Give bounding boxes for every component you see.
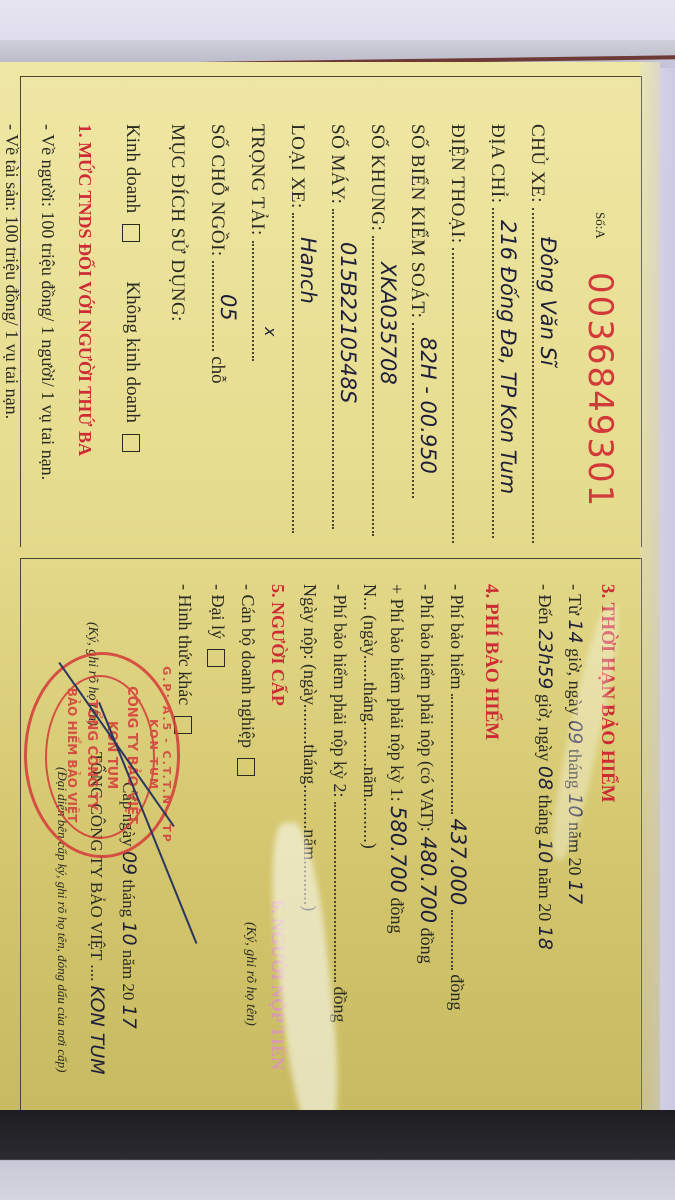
to-row: - Đến 23h59 giờ, ngày 08 tháng 10 năm 20… — [534, 584, 556, 950]
installment1-date: N... (ngày......tháng..........năm......… — [359, 584, 380, 849]
engine-label: SỐ MÁY: — [327, 124, 348, 204]
premium-row: - Phí bảo hiểm 437.000 đồng — [446, 584, 470, 1010]
company-location: KON TUM — [86, 986, 108, 1075]
payable-row: - Phí bảo hiểm phải nộp (có VAT): 480.70… — [416, 584, 440, 964]
issued-month: 10 — [118, 921, 140, 945]
issuer-agent-row: - Đại lý — [207, 584, 228, 667]
section6-note: (Ký, ghi rõ họ tên) — [242, 922, 258, 1026]
load-dots — [252, 241, 258, 361]
business-checkbox[interactable] — [122, 224, 140, 242]
purpose-label: MỤC ĐÍCH SỬ DỤNG: — [167, 124, 188, 322]
chassis-label: SỐ KHUNG: — [367, 124, 388, 231]
plastic-sleeve-edge — [640, 60, 675, 1140]
issuer-agent-checkbox[interactable] — [207, 649, 225, 667]
plate-value: 82H - 00.950 — [416, 337, 440, 474]
premium-value: 437.000 — [446, 819, 470, 906]
to-year: 18 — [534, 926, 556, 950]
payable-label: - Phí bảo hiểm phải nộp (có VAT): — [417, 584, 437, 832]
load-value: x — [261, 327, 280, 336]
serial-number: 0036849301 — [580, 272, 620, 508]
issued-year: 17 — [118, 1005, 140, 1029]
installment2-label: - Phí bảo hiểm phải nộp kỳ 2: — [330, 584, 350, 797]
owner-value: Đông Văn Sĩ — [536, 237, 560, 366]
payable-currency: đồng — [417, 928, 437, 964]
load-row: TRỌNG TẢI: — [246, 124, 268, 361]
vehicle-type-value: Hanch — [296, 237, 320, 304]
installment1-label: + Phí bảo hiểm phải nộp kỳ 1: — [387, 584, 407, 802]
seats-unit: chỗ — [207, 356, 228, 383]
installment2-dots — [334, 802, 340, 982]
payable-value: 480.700 — [416, 836, 440, 923]
seats-label: SỐ CHỖ NGỒI: — [207, 124, 228, 257]
section5-title: 5. NGƯỜI CẤP — [267, 584, 288, 706]
vehicle-type-label: LOẠI XE: — [287, 124, 308, 209]
address-label: ĐỊA CHỈ: — [487, 124, 508, 203]
from-year: 17 — [564, 880, 586, 904]
owner-label: CHỦ XE: — [527, 124, 548, 203]
section4-title: 4. PHÍ BẢO HIỂM — [480, 584, 502, 740]
plate-label: SỐ BIỂN KIỂM SOÁT: — [407, 124, 428, 318]
installment1-row: + Phí bảo hiểm phải nộp kỳ 1: 580.700 đồ… — [386, 584, 410, 933]
installment1-value: 580.700 — [386, 806, 410, 893]
to-hour: 23h59 — [534, 629, 556, 689]
company-stamp: G.P: A.5 - C.T.T.N - TP KON TUM CÔNG TY … — [24, 652, 180, 858]
stamp-line-4: BẢO HIỂM BẢO VIỆT — [65, 655, 79, 855]
section1-property: - Về tài sản: 100 triệu đồng/ 1 vụ tai n… — [1, 124, 22, 419]
address-value: 216 Đống Đa, TP Kon Tum — [496, 220, 520, 494]
vehicle-type-row: LOẠI XE: — [286, 124, 308, 533]
to-prefix: - Đến — [535, 584, 555, 624]
phone-row: ĐIỆN THOẠI: — [446, 124, 468, 543]
non-business-checkbox[interactable] — [122, 434, 140, 452]
serial-prefix: Số:A — [592, 212, 608, 239]
non-business-label: Không kinh doanh — [122, 281, 143, 422]
seats-value: 05 — [216, 294, 240, 321]
installment2-row: - Phí bảo hiểm phải nộp kỳ 2: đồng — [329, 584, 350, 1022]
engine-value: 015B2210548S — [336, 242, 360, 403]
issuer-staff-row: - Cán bộ doanh nghiệp — [237, 584, 258, 776]
business-row: Kinh doanh Không kinh doanh — [121, 124, 143, 452]
phone-dots — [452, 248, 458, 543]
phone-label: ĐIỆN THOẠI: — [447, 124, 468, 244]
issuer-other-label: - Hình thức khác — [175, 584, 195, 705]
load-label: TRỌNG TẢI: — [247, 124, 268, 236]
stamp-ring-text: G.P: A.5 - C.T.T.N - TP KON TUM — [147, 655, 173, 855]
to-day: 08 — [534, 766, 556, 790]
installment1-currency: đồng — [387, 897, 407, 933]
issuer-other-row: - Hình thức khác — [174, 584, 195, 734]
issuer-agent-label: - Đại lý — [208, 584, 228, 639]
to-hour-label: giờ, ngày — [535, 694, 555, 762]
insurance-certificate: Số:A 0036849301 CHỦ XE: Đông Văn Sĩ ĐỊA … — [0, 62, 660, 1152]
to-year-label: năm 20 — [535, 868, 555, 922]
premium-label: - Phí bảo hiểm — [447, 584, 467, 690]
premium-dots-2 — [451, 910, 457, 970]
background-surface-bottom — [0, 1110, 675, 1200]
seats-row: SỐ CHỖ NGỒI: chỗ — [206, 124, 228, 384]
issuer-staff-checkbox[interactable] — [237, 758, 255, 776]
section1-people: - Về người: 100 triệu đồng/ 1 người/ 1 v… — [37, 124, 58, 480]
stamp-line-1: CÔNG TY BẢO VIỆT — [124, 655, 139, 855]
issuer-staff-label: - Cán bộ doanh nghiệp — [238, 584, 258, 748]
chassis-value: XKA035708 — [376, 262, 400, 385]
purpose-row: MỤC ĐÍCH SỬ DỤNG: — [166, 124, 188, 322]
business-label: Kinh doanh — [122, 124, 143, 213]
stamp-line-3: TỔNG CÔNG TY — [84, 655, 99, 855]
issued-year-label: năm 20 — [119, 950, 138, 1001]
from-prefix: - Từ — [565, 584, 585, 615]
issued-month-label: tháng — [119, 879, 138, 917]
section1-title: 1. MỨC TNDS ĐỐI VỚI NGƯỜI THỨ BA — [74, 124, 95, 456]
premium-dots — [451, 694, 457, 814]
stamp-line-2: KON TUM — [104, 655, 119, 855]
from-hour: 14 — [564, 619, 586, 643]
premium-currency: đồng — [447, 974, 467, 1010]
